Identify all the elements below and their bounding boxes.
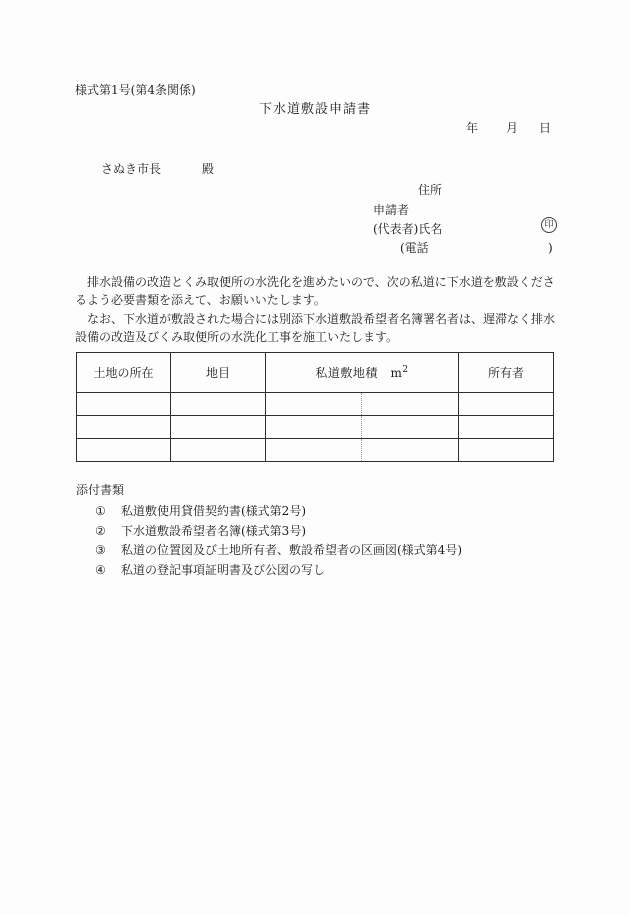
- cell-owner: [459, 393, 554, 416]
- cell-category: [171, 393, 266, 416]
- cell-area-right: [362, 439, 459, 462]
- attachment-item-text: 下水道敷設希望者名簿(様式第3号): [121, 523, 306, 539]
- area-label: 私道敷地積: [315, 366, 378, 380]
- table-empty-row: [77, 416, 554, 439]
- date-year-label: 年: [466, 120, 478, 136]
- phone-close-paren: ): [548, 240, 553, 256]
- attachment-item-text: 私道の位置図及び土地所有者、敷設希望者の区画図(様式第4号): [121, 542, 462, 558]
- cell-area-left: [266, 439, 362, 462]
- cell-owner: [459, 416, 554, 439]
- addressee-honorific: 殿: [202, 161, 214, 177]
- cell-location: [77, 439, 171, 462]
- form-number: 様式第1号(第4条関係): [75, 82, 196, 98]
- private-road-table: 土地の所在 地目 私道敷地積 m2 所有者: [76, 352, 554, 462]
- page-title: 下水道敷設申請書: [0, 101, 630, 118]
- cell-location: [77, 416, 171, 439]
- body-text-line: るよう必要書類を添えて、お願いいたします。: [75, 292, 565, 308]
- body-text-line: 排水設備の改造とくみ取便所の水洗化を進めたいので、次の私道に下水道を敷設くださ: [75, 274, 565, 290]
- cell-owner: [459, 439, 554, 462]
- applicant-address-label: 住所: [418, 182, 442, 198]
- cell-area-right: [362, 393, 459, 416]
- attachments-heading: 添付書類: [76, 482, 124, 498]
- phone-label: (電話: [400, 240, 429, 256]
- table-empty-row: [77, 439, 554, 462]
- cell-category: [171, 439, 266, 462]
- attachment-item-number: ③: [95, 542, 106, 558]
- attachment-item-text: 私道敷使用貸借契約書(様式第2号): [121, 503, 306, 519]
- date-month-label: 月: [506, 120, 518, 136]
- date-line: 年 月 日: [0, 120, 630, 136]
- area-unit-exponent: 2: [402, 365, 408, 375]
- header-road-area: 私道敷地積 m2: [266, 353, 459, 393]
- applicant-name-label: (代表者)氏名: [373, 221, 442, 237]
- cell-area-left: [266, 393, 362, 416]
- table-header-row: 土地の所在 地目 私道敷地積 m2 所有者: [77, 353, 554, 393]
- table-empty-row: [77, 393, 554, 416]
- body-text-line: 設備の改造及びくみ取便所の水洗化工事を施工いたします。: [75, 329, 565, 345]
- attachment-item-text: 私道の登記事項証明書及び公図の写し: [121, 562, 325, 578]
- cell-category: [171, 416, 266, 439]
- body-text-line: なお、下水道が敷設された場合には別添下水道敷設希望者名簿署名者は、遅滞なく排水: [75, 311, 565, 327]
- addressee-name: さぬき市長: [101, 161, 161, 177]
- seal-mark-icon: 印: [541, 217, 557, 233]
- attachment-item-number: ④: [95, 562, 106, 578]
- header-land-category: 地目: [171, 353, 266, 393]
- attachment-item-number: ①: [95, 503, 106, 519]
- header-owner: 所有者: [459, 353, 554, 393]
- area-unit: m: [390, 366, 402, 380]
- date-day-label: 日: [539, 120, 551, 136]
- cell-area-right: [362, 416, 459, 439]
- cell-area-left: [266, 416, 362, 439]
- attachment-item-number: ②: [95, 523, 106, 539]
- header-land-location: 土地の所在: [77, 353, 171, 393]
- applicant-label: 申請者: [373, 202, 409, 218]
- application-form-page: { "doc": { "form_number": "様式第1号(第4条関係)"…: [0, 0, 630, 915]
- cell-location: [77, 393, 171, 416]
